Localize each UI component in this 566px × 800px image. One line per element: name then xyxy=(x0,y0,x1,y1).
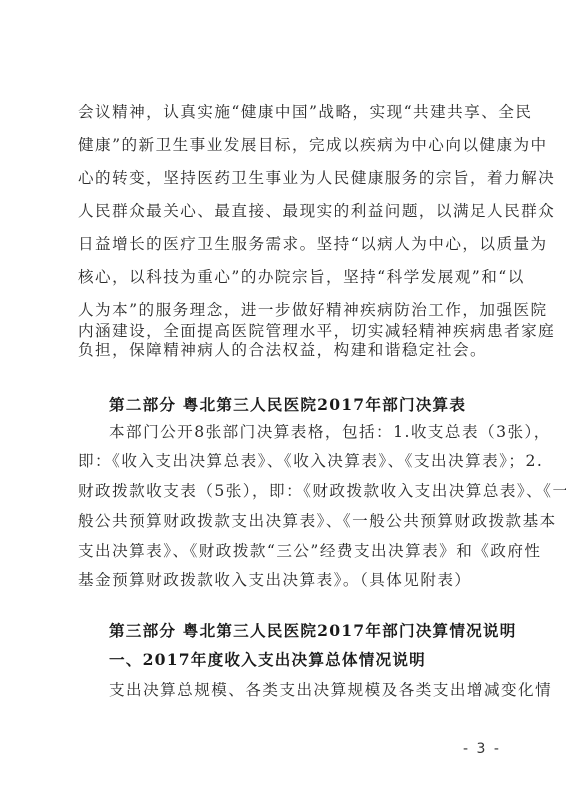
paragraph-line: 般公共预算财政拨款支出决算表》、《一般公共预算财政拨款基本 xyxy=(78,511,494,531)
paragraph-line: 基金预算财政拨款收入支出决算表》。（具体见附表） xyxy=(78,570,494,590)
paragraph-line: 财政拨款收支表（5张），即：《财政拨款收入支出决算总表》、《一 xyxy=(78,481,494,501)
paragraph-line: 即：《收入支出决算总表》、《收入决算表》、《支出决算表》；2. xyxy=(78,451,494,471)
section-heading: 第二部分 粤北第三人民医院2017年部门决算表 xyxy=(109,395,494,415)
paragraph-line: 负担，保障精神病人的合法权益，构建和谐稳定社会。 xyxy=(78,340,494,360)
paragraph-line: 人民群众最关心、最直接、最现实的利益问题，以满足人民群众 xyxy=(78,201,494,221)
page-number: - 3 - xyxy=(463,741,501,757)
paragraph-line: 支出决算总规模、各类支出决算规模及各类支出增减变化情 xyxy=(109,680,494,700)
section-subheading: 一、2017年度收入支出决算总体情况说明 xyxy=(109,650,494,670)
paragraph-line: 内涵建设，全面提高医院管理水平，切实减轻精神疾病患者家庭 xyxy=(78,321,494,341)
document-page: 会议精神，认真实施“健康中国”战略，实现“共建共享、全民 健康”的新卫生事业发展… xyxy=(0,0,566,800)
section-heading: 第三部分 粤北第三人民医院2017年部门决算情况说明 xyxy=(109,621,494,641)
paragraph-line: 支出决算表》、《财政拨款“三公”经费支出决算表》和《政府性 xyxy=(78,541,494,561)
paragraph-line: 核心，以科技为重心”的办院宗旨，坚持“科学发展观”和“以 xyxy=(78,267,494,287)
paragraph-line: 人为本”的服务理念，进一步做好精神疾病防治工作，加强医院 xyxy=(78,300,494,320)
paragraph-line: 健康”的新卫生事业发展目标，完成以疾病为中心向以健康为中 xyxy=(78,135,494,155)
paragraph-line: 本部门公开8张部门决算表格，包括：1.收支总表（3张）， xyxy=(109,422,494,442)
paragraph-line: 会议精神，认真实施“健康中国”战略，实现“共建共享、全民 xyxy=(78,102,494,122)
paragraph-line: 心的转变，坚持医药卫生事业为人民健康服务的宗旨，着力解决 xyxy=(78,168,494,188)
paragraph-line: 日益增长的医疗卫生服务需求。坚持“以病人为中心，以质量为 xyxy=(78,234,494,254)
